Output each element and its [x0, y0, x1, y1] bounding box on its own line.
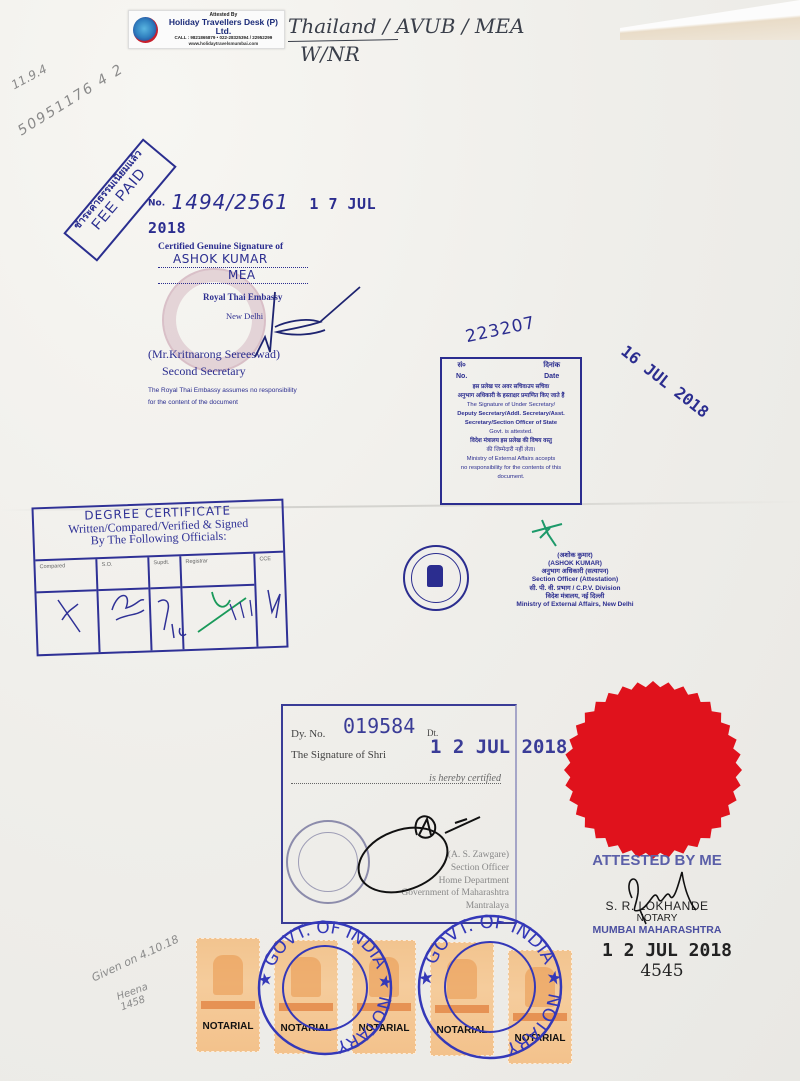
govt-of-india-notary-seal-2: ★ GOVT. OF INDIA ★ NOTARY — [415, 912, 565, 1062]
mea-hindi-4: की जिम्मेदारी नहीं लेता। — [442, 446, 580, 455]
thai-disclaimer-line-1: The Royal Thai Embassy assumes no respon… — [148, 385, 368, 397]
green-initial-signature — [528, 516, 564, 550]
handwritten-top-note-2: W/NR — [300, 42, 360, 66]
thai-signatory-name: ASHOK KUMAR — [173, 252, 268, 266]
red-wax-seal — [563, 680, 743, 860]
degree-col-label: Compared — [39, 563, 65, 570]
globe-logo-icon — [133, 17, 158, 43]
degree-col-label: Supdt. — [153, 560, 169, 567]
mea-line-3: Secretary/Section Officer of State — [442, 419, 580, 428]
so-ministry: Ministry of External Affairs, New Delhi — [512, 601, 638, 609]
govt-of-india-notary-seal-1: ★ GOVT. OF INDIA ★ NOTARY — [255, 918, 395, 1058]
so-division: सी. पी. वी. प्रभाग / C.P.V. Division — [512, 585, 638, 593]
section-officer-stamp: (अशोक कुमार) (ASHOK KUMAR) अनुभाग अधिकार… — [512, 552, 638, 609]
mea-no-label: No. — [456, 373, 467, 380]
mea-line-4: Govt. is attested. — [442, 428, 580, 437]
dy-no-label: Dy. No. — [291, 728, 325, 740]
notary-signature — [620, 868, 710, 928]
thai-number: 1494/2561 — [172, 190, 290, 214]
mea-no-hindi: सं० — [457, 362, 465, 369]
thai-disclaimer: The Royal Thai Embassy assumes no respon… — [148, 385, 368, 410]
mea-line-1: The Signature of Under Secretary/ — [442, 401, 580, 410]
thai-disclaimer-line-2: for the content of the document — [148, 397, 368, 409]
maharashtra-date: 1 2 JUL 2018 — [430, 736, 567, 758]
seal-ring-text: ★ GOVT. OF INDIA ★ NOTARY — [255, 918, 395, 1057]
mea-hindi-3: विदेश मंत्रालय इस प्रलेख की विषय वस्तु — [442, 437, 580, 446]
agent-sticker: Attested By Holiday Travellers Desk (P) … — [128, 10, 285, 49]
notary-date: 1 2 JUL 2018 — [592, 940, 742, 961]
maharashtra-officer-signature — [355, 805, 490, 900]
ashoka-emblem-icon — [427, 565, 443, 587]
so-hindi-title: अनुभाग अधिकारी (सत्यापन) — [512, 568, 638, 576]
mea-date-label: Date — [544, 373, 559, 380]
mea-attestation-stamp: सं०No. दिनांकDate इस प्रलेख पर अवर सचिव/… — [440, 357, 582, 505]
degree-stamp-signatures — [40, 580, 290, 650]
so-hindi-name: (अशोक कुमार) — [512, 552, 638, 560]
degree-col-label: Registrar — [185, 558, 208, 565]
handwritten-top-note: Thailand / AVUB / MEA — [288, 14, 524, 38]
mea-line-5: Ministry of External Affairs accepts — [442, 455, 580, 464]
attested-by-me: ATTESTED BY ME — [572, 852, 742, 869]
thai-no-label: No. — [148, 199, 165, 209]
mea-line-6: no responsibility for the contents of th… — [442, 464, 580, 473]
notary-register-no: 4545 — [582, 961, 742, 981]
stamp-label: NOTARIAL — [197, 1021, 259, 1032]
sticker-phone: CALL : 9821865879 • 022-28325394 / 22952… — [163, 36, 284, 41]
sticker-website: www.holidaytravelsmumbai.com — [163, 42, 284, 47]
sticker-company: Holiday Travellers Desk (P) Ltd. — [163, 18, 284, 35]
notarial-stamp: NOTARIAL — [196, 938, 260, 1052]
mea-hindi-2: अनुभाग अधिकारी के हस्ताक्षर प्रमाणित किए… — [442, 392, 580, 401]
mea-round-seal — [403, 545, 469, 611]
dy-number: 019584 — [343, 714, 415, 738]
mea-line-7: document. — [442, 473, 580, 482]
mea-hindi-1: इस प्रलेख पर अवर सचिव/उप सचिव/ — [442, 383, 580, 392]
degree-col-label: S.O. — [101, 562, 112, 568]
thai-officer-signature — [225, 282, 365, 362]
thai-certified-label: Certified Genuine Signature of — [158, 242, 378, 252]
so-title: Section Officer (Attestation) — [512, 576, 638, 584]
thai-officer-title: Second Secretary — [162, 364, 246, 379]
so-hindi-ministry: विदेश मंत्रालय, नई दिल्ली — [512, 593, 638, 601]
certified-label: is hereby certified — [291, 773, 501, 784]
mea-date-hindi: दिनांक — [543, 362, 560, 369]
thai-signatory-dept: MEA — [228, 268, 256, 282]
signature-of-label: The Signature of Shri — [291, 749, 386, 761]
mea-line-2: Deputy Secretary/Addl. Secretary/Asst. — [442, 410, 580, 419]
degree-col-label: CCE — [259, 556, 271, 562]
seal-ring-text: ★ GOVT. OF INDIA ★ NOTARY — [415, 912, 565, 1060]
